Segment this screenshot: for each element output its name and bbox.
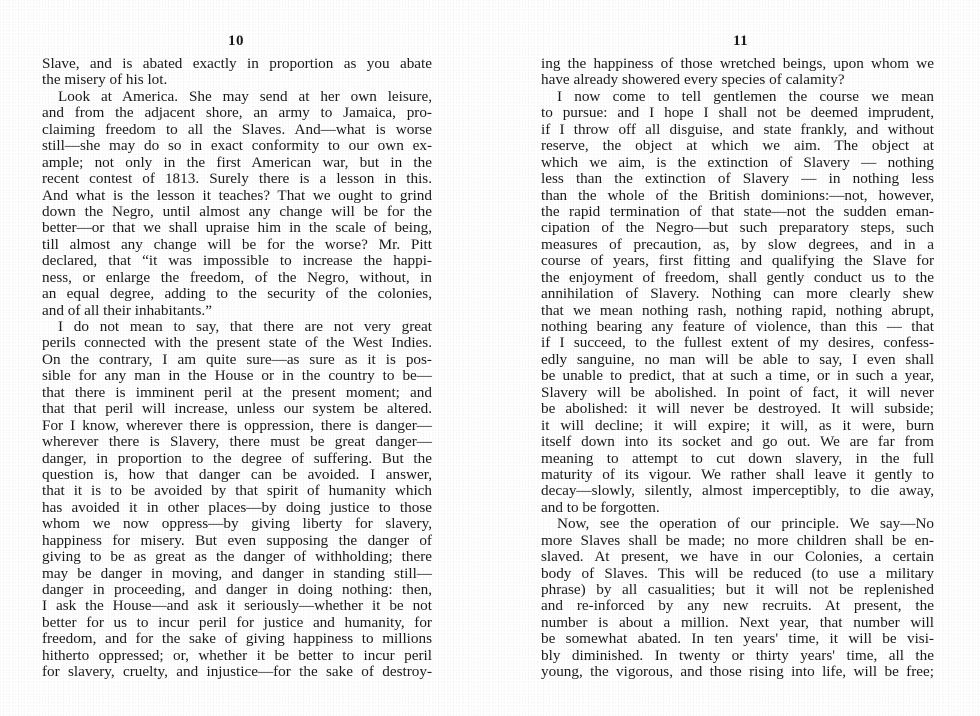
text-line: ing the happiness of those wretched bein… xyxy=(541,56,934,72)
text-line: that we mean nothing rash, nothing rapid… xyxy=(541,303,934,319)
text-line: ample; not only in the first American wa… xyxy=(42,155,432,171)
text-line: may be danger in moving, and danger in s… xyxy=(42,566,432,582)
text-line: For I know, wherever there is oppression… xyxy=(42,418,432,434)
text-line: sible for any man in the House or in the… xyxy=(42,368,432,384)
text-line: wherever there is Slavery, there must be… xyxy=(42,434,432,450)
text-line: maturity of its vigour. We rather shall … xyxy=(541,467,934,483)
text-line: the misery of his lot. xyxy=(42,72,432,88)
text-line: body of Slaves. This will be reduced (to… xyxy=(541,566,934,582)
text-line: bly diminished. In twenty or thirty year… xyxy=(541,648,934,664)
text-line: and to be forgotten. xyxy=(541,500,934,516)
text-line: On the contrary, I am quite sure—as sure… xyxy=(42,352,432,368)
page-number-right: 11 xyxy=(733,33,748,50)
text-line: declared, that “it was impossible to inc… xyxy=(42,253,432,269)
text-line: if I throw off all disguise, and state f… xyxy=(541,122,934,138)
text-line: young, the vigorous, and those rising in… xyxy=(541,664,934,680)
text-line: I now come to tell gentlemen the course … xyxy=(541,89,934,105)
text-line: still—she may do so in exact conformity … xyxy=(42,138,432,154)
right-page-body: ing the happiness of those wretched bein… xyxy=(541,56,934,681)
text-line: Now, see the operation of our principle.… xyxy=(541,516,934,532)
text-line: hitherto oppressed; or, whether it be be… xyxy=(42,648,432,664)
text-line: better for us to incur peril for justice… xyxy=(42,615,432,631)
text-line: claiming freedom to all the Slaves. And—… xyxy=(42,122,432,138)
text-line: And what is the lesson it teaches? That … xyxy=(42,188,432,204)
text-line: be unable to predict, that at such a tim… xyxy=(541,368,934,384)
text-line: reserve, the object at which we aim. The… xyxy=(541,138,934,154)
text-line: slaved. At present, we have in our Colon… xyxy=(541,549,934,565)
text-line: question is, how that danger can be avoi… xyxy=(42,467,432,483)
text-line: giving to be as great as the danger of w… xyxy=(42,549,432,565)
text-line: which we aim, is the extinction of Slave… xyxy=(541,155,934,171)
text-line: course of years, first fitting and quali… xyxy=(541,253,934,269)
text-line: have already showered every species of c… xyxy=(541,72,934,88)
text-line: Look at America. She may send at her own… xyxy=(42,89,432,105)
text-line: and of all their inhabitants.” xyxy=(42,303,432,319)
text-line: the enjoyment of freedom, shall gently c… xyxy=(541,270,934,286)
text-line: be abolished: it will never be destroyed… xyxy=(541,401,934,417)
text-line: if I succeed, to the fullest extent of m… xyxy=(541,335,934,351)
text-line: phrase) by all casualities; but it will … xyxy=(541,582,934,598)
text-line: be somewhat abated. In ten years' time, … xyxy=(541,631,934,647)
text-line: the rapid termination of that state—not … xyxy=(541,204,934,220)
text-line: I ask the House—and ask it seriously—whe… xyxy=(42,598,432,614)
text-line: less than the extinction of Slavery — in… xyxy=(541,171,934,187)
right-page: 11 ing the happiness of those wretched b… xyxy=(490,0,980,716)
text-line: measures of precaution, as, by slow degr… xyxy=(541,237,934,253)
text-line: happiness for misery. But even supposing… xyxy=(42,533,432,549)
text-line: for slavery, cruelty, and injustice—for … xyxy=(42,664,432,680)
text-line: danger in proceeding, and danger in doin… xyxy=(42,582,432,598)
text-line: number is about a million. Next year, th… xyxy=(541,615,934,631)
text-line: that there is imminent peril at the pres… xyxy=(42,385,432,401)
text-line: edly sanguine, no man will be able to sa… xyxy=(541,352,934,368)
text-line: whom we now oppress—by giving liberty fo… xyxy=(42,516,432,532)
text-line: more Slaves shall be made; no more child… xyxy=(541,533,934,549)
text-line: better—or that we shall upraise him in t… xyxy=(42,220,432,236)
text-line: meaning to attempt to cut down slavery, … xyxy=(541,451,934,467)
text-line: Slavery will be abolished. In point of f… xyxy=(541,385,934,401)
text-line: than the whole of the British dominions:… xyxy=(541,188,934,204)
text-line: perils connected with the present state … xyxy=(42,335,432,351)
left-page: 10 Slave, and is abated exactly in propo… xyxy=(0,0,490,716)
text-line: till almost any change will be for the w… xyxy=(42,237,432,253)
text-line: that that peril will increase, unless ou… xyxy=(42,401,432,417)
text-line: annihilation of Slavery. Nothing can mor… xyxy=(541,286,934,302)
text-line: I do not mean to say, that there are not… xyxy=(42,319,432,335)
text-line: an equal degree, adding to the security … xyxy=(42,286,432,302)
text-line: to pursue: and I hope I shall not be dee… xyxy=(541,105,934,121)
text-line: ness, or enlarge the freedom, of the Neg… xyxy=(42,270,432,286)
text-line: down the Negro, until almost any change … xyxy=(42,204,432,220)
text-line: freedom, and for the sake of giving happ… xyxy=(42,631,432,647)
text-line: decay—slowly, silently, almost impercept… xyxy=(541,483,934,499)
text-line: that it is to be avoided by that spirit … xyxy=(42,483,432,499)
text-line: and from the adjacent shore, an army to … xyxy=(42,105,432,121)
text-line: Slave, and is abated exactly in proporti… xyxy=(42,56,432,72)
text-line: danger, in proportion to the degree of s… xyxy=(42,451,432,467)
left-page-body: Slave, and is abated exactly in proporti… xyxy=(42,56,432,681)
text-line: nothing bearing any feature of violence,… xyxy=(541,319,934,335)
text-line: it will decline; it will expire; it will… xyxy=(541,418,934,434)
text-line: itself down into its socket and go out. … xyxy=(541,434,934,450)
text-line: recent contest of 1813. Surely there is … xyxy=(42,171,432,187)
page-number-left: 10 xyxy=(228,33,244,50)
text-line: cipation of the Negro—but such preparato… xyxy=(541,220,934,236)
text-line: and re-inforced by any new recruits. At … xyxy=(541,598,934,614)
text-line: has avoided it in other places—by doing … xyxy=(42,500,432,516)
